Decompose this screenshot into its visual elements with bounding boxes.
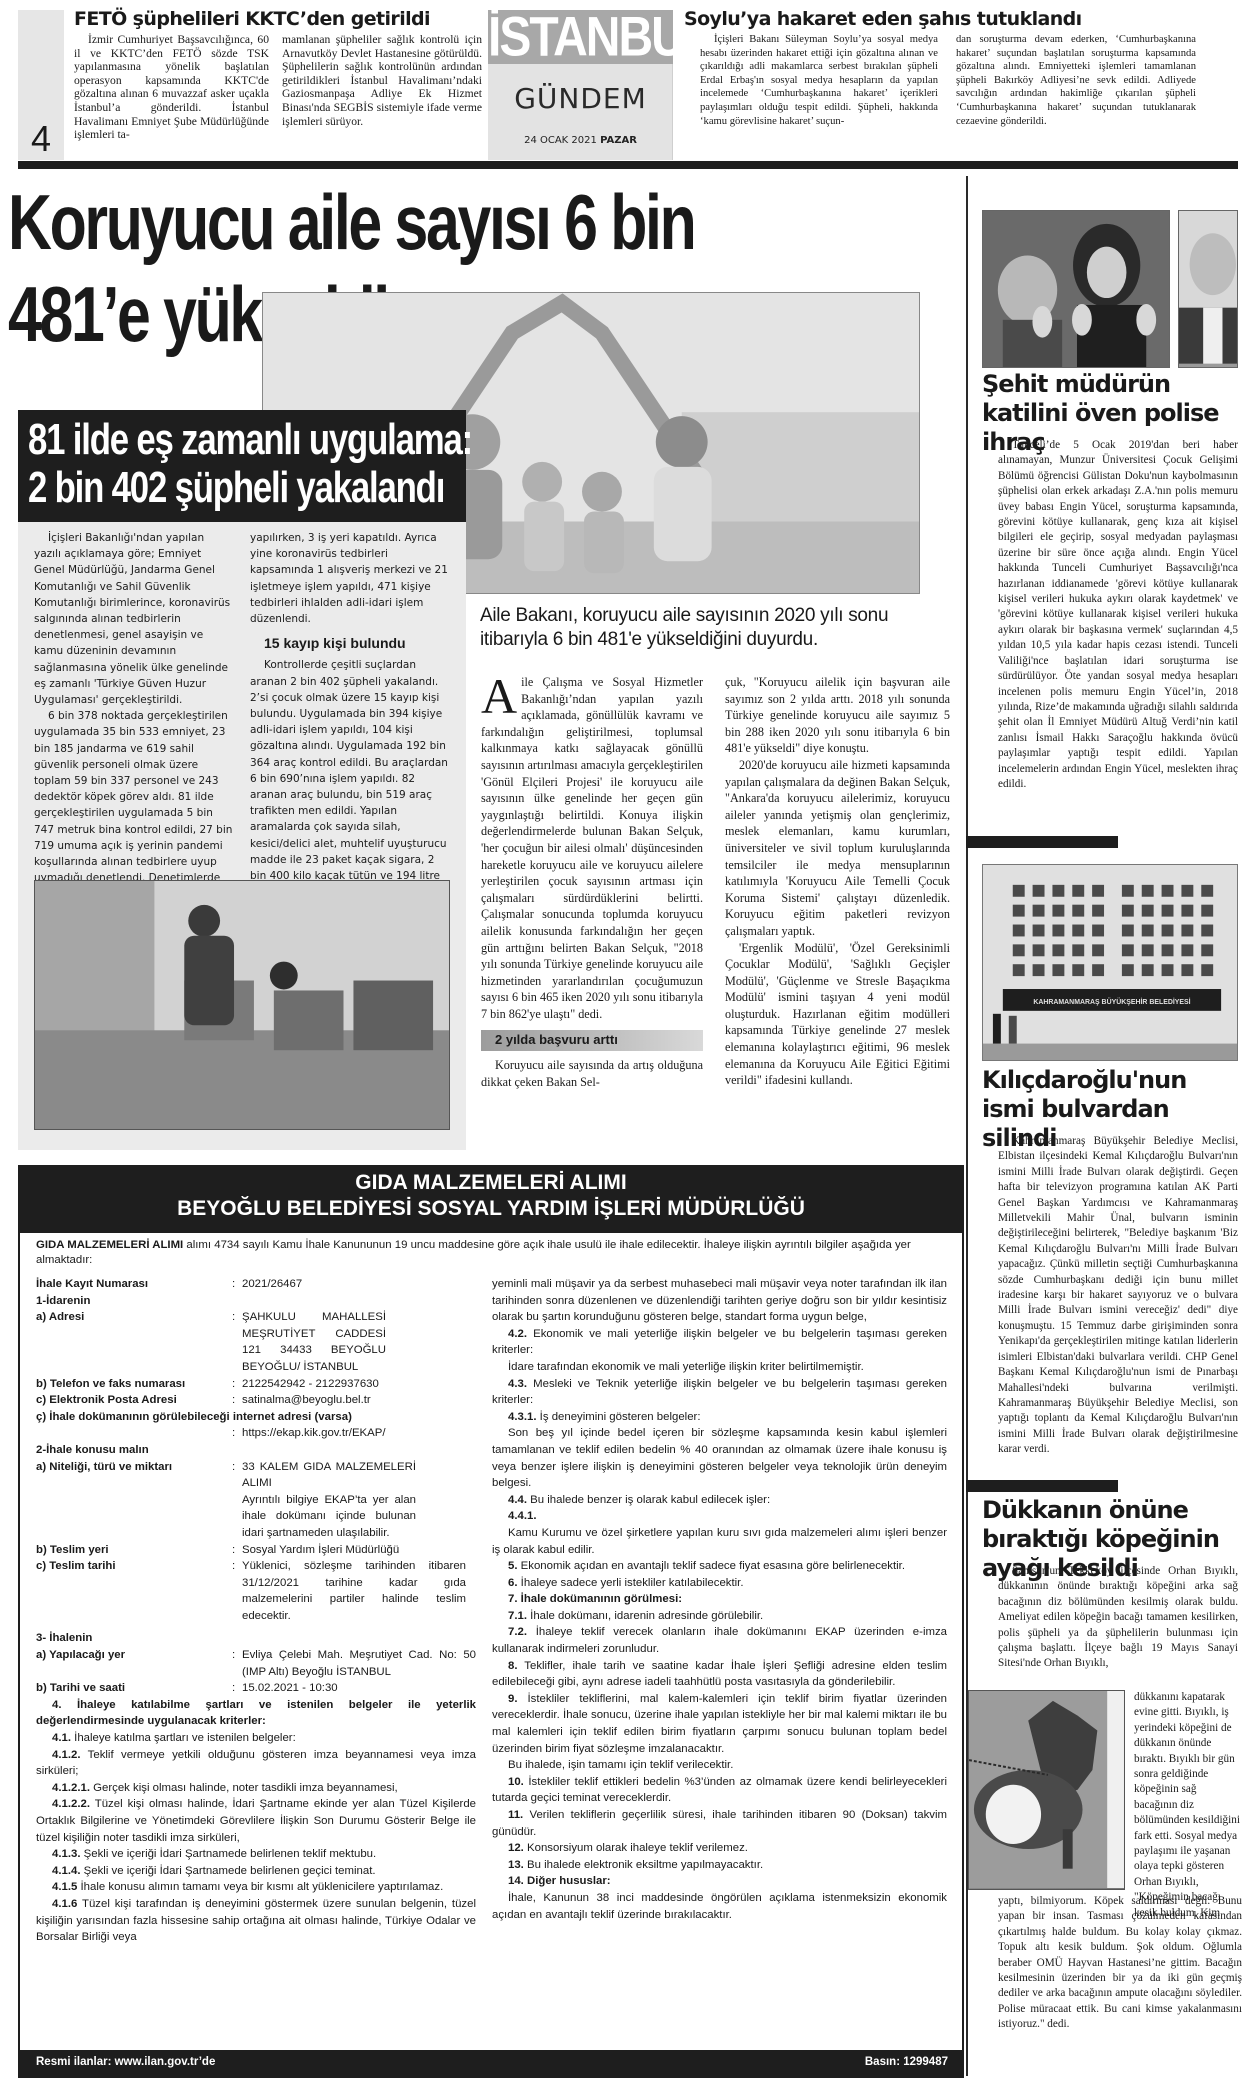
municipality-building-photo: KAHRAMANMARAŞ BÜYÜKŞEHİR BELEDİYESİ: [982, 864, 1238, 1061]
section-heading: 2-İhale konusu malın: [36, 1442, 476, 1459]
tender-clause: 7.1. İhale dokümanı, idarenin adresinde …: [492, 1608, 947, 1625]
clause-number: 4.2.: [508, 1328, 527, 1340]
field-label: c) Teslim tarihi: [36, 1558, 232, 1624]
clause-text: Teklif vermeye yetkili olduğunu gösteren…: [36, 1749, 476, 1778]
section-divider: [966, 1480, 1118, 1492]
clause-text: Verilen tekliflerin geçerlilik süresi, i…: [492, 1809, 947, 1838]
headline-line-1: 81 ilde eş zamanlı uygulama:: [28, 416, 470, 464]
clause-text: Bu ihalede elektronik eksiltme yapılmaya…: [524, 1859, 763, 1871]
tender-clause: 4.1.3. Şekli ve içeriği İdari Şartnamede…: [36, 1846, 476, 1863]
field-venue: a) Yapılacağı yer:Evliya Çelebi Mah. Meş…: [36, 1647, 476, 1680]
clause-text: Ekonomik açıdan en avantajlı teklif sade…: [518, 1560, 906, 1572]
paragraph-text: ile Çalışma ve Sosyal Hizmetler Bakanlığ…: [481, 675, 703, 1021]
date-text: 24 OCAK 2021: [524, 135, 597, 146]
clause-text: Mesleki ve Teknik yeterliğe ilişkin belg…: [492, 1378, 947, 1407]
clause-text: Ekonomik ve mali yeterliğe ilişkin belge…: [492, 1328, 947, 1357]
tender-clause: 4.3.1. İş deneyimini gösteren belgeler:: [492, 1409, 947, 1426]
brief-feto-column-2: mamlanan şüpheliler sağlık kontrolü için…: [282, 33, 482, 128]
clause-text: Bu ihalede benzer iş olarak kabul edilec…: [527, 1494, 770, 1506]
tender-right-column: yeminli mali müşavir ya da serbest muhas…: [492, 1276, 947, 1923]
paragraph: İçişleri Bakanlığı'ndan yapılan yazılı a…: [34, 530, 234, 708]
mourning-family-photo: [982, 210, 1170, 368]
clause-number: 9.: [508, 1693, 518, 1705]
sub-story-headline: 81 ilde eş zamanlı uygulama: 2 bin 402 ş…: [28, 416, 470, 512]
clause-number: 11.: [508, 1809, 523, 1821]
clause-text: İhaleye teklif verecek olanların ihale d…: [492, 1626, 947, 1655]
field-label: b) Teslim yeri: [36, 1542, 232, 1559]
brief-soylu-headline: Soylu’ya hakaret eden şahıs tutuklandı: [684, 8, 1082, 30]
photo-illustration-icon: [983, 211, 1169, 367]
paragraph: Kontrollerde çeşitli suçlardan aranan 2 …: [250, 657, 450, 900]
clause-number: 4.1.5: [52, 1881, 77, 1893]
tender-left-column: İhale Kayıt Numarası:2021/26467 1-İdaren…: [36, 1276, 476, 1946]
section-name: GÜNDEM: [488, 82, 673, 115]
brief-feto-headline: FETÖ şüphelileri KKTC’den getirildi: [74, 8, 430, 30]
tender-intro: GIDA MALZEMELERİ ALIMI alımı 4734 sayılı…: [36, 1238, 946, 1267]
masthead-title: İSTANBUL: [488, 6, 673, 69]
tender-clause: 4.2. Ekonomik ve mali yeterliğe ilişkin …: [492, 1326, 947, 1359]
tender-clause: 4.1.6 Tüzel kişi tarafından iş deneyimin…: [36, 1896, 476, 1946]
tender-clauses-right: yeminli mali müşavir ya da serbest muhas…: [492, 1276, 947, 1923]
tender-clause: 4.1. İhaleye katılma şartları ve istenil…: [36, 1730, 476, 1747]
page-number: 4: [18, 118, 64, 160]
official-ads-link[interactable]: Resmi ilanlar: www.ilan.gov.tr’de: [36, 2056, 215, 2068]
field-address: a) Adresi:ŞAHKULU MAHALLESİ MEŞRUTİYET C…: [36, 1309, 476, 1375]
tender-clause: 10. İstekliler teklif ettikleri bedelin …: [492, 1774, 947, 1807]
clause-text: Tüzel kişi tarafından iş deneyimini göst…: [36, 1898, 476, 1943]
injured-dog-photo: [968, 1690, 1125, 1890]
clause-text: İhale, Kanunun 38 inci maddesinde öngörü…: [492, 1892, 947, 1921]
tender-clause: 4.1.4. Şekli ve içeriği İdari Şartnamede…: [36, 1863, 476, 1880]
field-value: 33 KALEM GIDA MALZEMELERİ ALIMIAyrıntılı…: [242, 1459, 476, 1542]
clause-number: 13.: [508, 1859, 524, 1871]
tender-clause: Son beş yıl içinde bedel içeren bir sözl…: [492, 1425, 947, 1491]
field-value: 2122542942 - 2122937630: [242, 1376, 476, 1393]
clause-number: 7. İhale dokümanının görülmesi:: [508, 1593, 682, 1605]
tender-clause: 5. Ekonomik açıdan en avantajlı teklif s…: [492, 1558, 947, 1575]
tender-issuer: BEYOĞLU BELEDİYESİ SOSYAL YARDIM İŞLERİ …: [18, 1196, 964, 1222]
tender-clauses-left: 4. İhaleye katılabilme şartları ve isten…: [36, 1697, 476, 1946]
intro-bold: GIDA MALZEMELERİ ALIMI: [36, 1239, 183, 1251]
brief-soylu-column-2: dan soruşturma devam ederken, ‘Cumhurbaş…: [956, 33, 1196, 128]
paragraph: mamlanan şüpheliler sağlık kontrolü için…: [282, 33, 482, 128]
value-text: 33 KALEM GIDA MALZEMELERİ ALIMI: [242, 1461, 416, 1490]
paragraph: Koruyucu aile sayısında da artış olduğun…: [481, 1057, 703, 1090]
clause-text: Konsorsiyum olarak ihaleye teklif verile…: [524, 1842, 748, 1854]
clause-number: 4.3.: [508, 1378, 527, 1390]
field-delivery-place: b) Teslim yeri:Sosyal Yardım İşleri Müdü…: [36, 1542, 476, 1559]
main-story-lede: Aile Bakanı, koruyucu aile sayısının 202…: [480, 604, 960, 652]
clause-number: 12.: [508, 1842, 524, 1854]
day-text: PAZAR: [600, 135, 637, 146]
field-label: ç) İhale dokümanının görülebileceği inte…: [36, 1409, 476, 1426]
sub-story-column-1: İçişleri Bakanlığı'ndan yapılan yazılı a…: [34, 530, 234, 903]
drop-cap: A: [481, 676, 517, 716]
clause-text: İstekliler teklif ettikleri bedelin %3’ü…: [492, 1776, 947, 1805]
clause-text: Şekli ve içeriği İdari Şartnamede belirl…: [81, 1848, 377, 1860]
website-link[interactable]: https://ekap.kik.gov.tr/EKAP/: [242, 1425, 476, 1442]
field-phone-fax: b) Telefon ve faks numarası:2122542942 -…: [36, 1376, 476, 1393]
building-sign-text: KAHRAMANMARAŞ BÜYÜKŞEHİR BELEDİYESİ: [1033, 997, 1190, 1006]
paragraph: 6 bin 378 noktada gerçekleştirilen uygul…: [34, 708, 234, 902]
police-chief-portrait: [1178, 210, 1238, 368]
paragraph: 'Ergenlik Modülü', 'Özel Gereksinimli Ço…: [725, 940, 950, 1089]
clause-number: 4.1.4.: [52, 1865, 81, 1877]
field-label: b) Telefon ve faks numarası: [36, 1376, 232, 1393]
clause-text: Son beş yıl içinde bedel içeren bir sözl…: [492, 1427, 947, 1489]
field-email: c) Elektronik Posta Adresi:satinalma@bey…: [36, 1392, 476, 1409]
tender-clause: Bu ihalede, işin tamamı için teklif veri…: [492, 1757, 947, 1774]
paragraph: yaptı, bilmiyorum. Köpek saldırması deği…: [998, 1894, 1242, 2033]
tender-clause: 7.2. İhaleye teklif verecek olanların ih…: [492, 1624, 947, 1657]
tender-clause: 4.1.2.1. Gerçek kişi olması halinde, not…: [36, 1780, 476, 1797]
section-heading: 1-İdarenin: [36, 1293, 476, 1310]
field-label: a) Adresi: [36, 1309, 232, 1375]
field-label: a) Yapılacağı yer: [36, 1647, 232, 1680]
field-registration-number: İhale Kayıt Numarası:2021/26467: [36, 1276, 476, 1293]
paragraph: Kahramanmaraş Büyükşehir Belediye Meclis…: [998, 1134, 1238, 1458]
field-label: c) Elektronik Posta Adresi: [36, 1392, 232, 1409]
paragraph: dan soruşturma devam ederken, ‘Cumhurbaş…: [956, 33, 1196, 128]
section-heading: 3- İhalenin: [36, 1630, 476, 1647]
clause-number: 7.2.: [508, 1626, 527, 1638]
clause-number: 5.: [508, 1560, 518, 1572]
paragraph: Tunceli’de 5 Ocak 2019'dan beri haber al…: [998, 438, 1238, 792]
clause-text: Teklifler, ihale tarih ve saatine kadar …: [492, 1660, 947, 1689]
tender-clause: yeminli mali müşavir ya da serbest muhas…: [492, 1276, 947, 1326]
field-label: b) Tarihi ve saati: [36, 1680, 232, 1697]
paragraph: Samsun'un Tekkeköy ilçesinde Orhan Bıyık…: [998, 1564, 1238, 1672]
clause-text: Bu ihalede, işin tamamı için teklif veri…: [508, 1759, 733, 1771]
tender-clause: İdare tarafından ekonomik ve mali yeterl…: [492, 1359, 947, 1376]
brief-feto-column-1: İzmir Cumhuriyet Başsavcılığınca, 60 il …: [74, 33, 269, 142]
headline-line-1: Koruyucu aile sayısı 6 bin: [8, 176, 757, 268]
field-value: ŞAHKULU MAHALLESİ MEŞRUTİYET CADDESİ 121…: [242, 1309, 476, 1375]
photo-illustration-icon: KAHRAMANMARAŞ BÜYÜKŞEHİR BELEDİYESİ: [983, 865, 1237, 1060]
tender-clause: 4.4. Bu ihalede benzer iş olarak kabul e…: [492, 1492, 947, 1509]
issue-date: 24 OCAK 2021 PAZAR: [488, 135, 673, 146]
clause-number: 4.1.2.2.: [52, 1798, 90, 1810]
clause-number: 4. İhaleye katılabilme şartları ve isten…: [36, 1699, 476, 1728]
photo-illustration-icon: [35, 881, 449, 1130]
tender-clause: 4.1.2. Teklif vermeye yetkili olduğunu g…: [36, 1747, 476, 1780]
tender-clause: 13. Bu ihalede elektronik eksiltme yapıl…: [492, 1857, 947, 1874]
main-story-column-2: çuk, "Koruyucu ailelik için başvuran ail…: [725, 674, 950, 1089]
field-value: 2021/26467: [242, 1276, 476, 1293]
tender-clause: 9. İstekliler tekliflerini, mal kalem-ka…: [492, 1691, 947, 1757]
story-body-dog-bottom: yaptı, bilmiyorum. Köpek saldırması deği…: [998, 1894, 1242, 2033]
story-body-police: Tunceli’de 5 Ocak 2019'dan beri haber al…: [998, 438, 1238, 792]
clause-text: Tüzel kişi olması halinde, İdari Şartnam…: [36, 1798, 476, 1843]
clause-text: İş deneyimini gösteren belgeler:: [537, 1411, 701, 1423]
tender-clause: 11. Verilen tekliflerin geçerlilik süres…: [492, 1807, 947, 1840]
headline-line-2: 2 bin 402 şüpheli yakalandı: [28, 464, 470, 512]
clause-text: İstekliler tekliflerini, mal kalem-kalem…: [492, 1693, 947, 1755]
field-value: Yüklenici, sözleşme tarihinden itibaren …: [242, 1558, 476, 1624]
tender-clause: 4.3. Mesleki ve Teknik yeterliğe ilişkin…: [492, 1376, 947, 1409]
paragraph: çuk, "Koruyucu ailelik için başvuran ail…: [725, 674, 950, 757]
section-divider: [966, 836, 1118, 848]
brief-soylu-column-1: İçişleri Bakanı Süleyman Soylu’ya sosyal…: [700, 33, 938, 128]
paragraph: yapılırken, 3 iş yeri kapatıldı. Ayrıca …: [250, 530, 450, 627]
clause-number: 4.4.1.: [508, 1510, 537, 1522]
photo-illustration-icon: [1179, 211, 1237, 364]
clause-text: İhale dokümanı, idarenin adresinde görül…: [527, 1610, 763, 1622]
field-value: Evliya Çelebi Mah. Meşrutiyet Cad. No: 5…: [242, 1647, 476, 1680]
story-body-dog-side: dükkanını kapatarak evine gitti. Bıyıklı…: [1134, 1690, 1242, 1921]
paragraph: İzmir Cumhuriyet Başsavcılığınca, 60 il …: [74, 33, 269, 142]
clause-text: İhaleye katılma şartları ve istenilen be…: [71, 1732, 296, 1744]
tender-clause: 4.1.2.2. Tüzel kişi olması halinde, İdar…: [36, 1796, 476, 1846]
value-note: Ayrıntılı bilgiye EKAP’ta yer alan ihale…: [242, 1494, 416, 1539]
ferry-inspection-photo: [34, 880, 450, 1130]
clause-number: 4.1.: [52, 1732, 71, 1744]
field-nature: a) Niteliği, türü ve miktarı:33 KALEM GI…: [36, 1459, 476, 1542]
clause-number: 8.: [508, 1660, 518, 1672]
clause-text: Şekli ve içeriği İdari Şartnamede belirl…: [81, 1865, 376, 1877]
sub-story-column-2: yapılırken, 3 iş yeri kapatıldı. Ayrıca …: [250, 530, 450, 900]
sub-story-subhead: 15 kayıp kişi bulundu: [264, 635, 450, 651]
paragraph: İçişleri Bakanı Süleyman Soylu’ya sosyal…: [700, 33, 938, 128]
paragraph: dükkanını kapatarak evine gitti. Bıyıklı…: [1134, 1690, 1242, 1921]
clause-text: İhale konusu alımın tamamı veya bir kısm…: [77, 1881, 443, 1893]
clause-text: Gerçek kişi olması halinde, noter tasdik…: [90, 1782, 398, 1794]
clause-number: 4.1.6: [52, 1898, 77, 1910]
tender-clause: 4. İhaleye katılabilme şartları ve isten…: [36, 1697, 476, 1730]
clause-number: 4.4.: [508, 1494, 527, 1506]
press-number: Basın: 1299487: [780, 2056, 948, 2068]
clause-text: İhaleye sadece yerli istekliler katılabi…: [518, 1577, 744, 1589]
clause-text: İdare tarafından ekonomik ve mali yeterl…: [508, 1361, 864, 1373]
clause-number: 14. Diğer hususlar:: [508, 1875, 611, 1887]
tender-title: GIDA MALZEMELERİ ALIMI: [18, 1170, 964, 1196]
clause-number: 4.1.2.: [52, 1749, 81, 1761]
tender-clause: 7. İhale dokümanının görülmesi:: [492, 1591, 947, 1608]
tender-clause: Kamu Kurumu ve özel şirketlere yapılan k…: [492, 1525, 947, 1558]
field-website: :https://ekap.kik.gov.tr/EKAP/: [36, 1425, 476, 1442]
clause-text: Kamu Kurumu ve özel şirketlere yapılan k…: [492, 1527, 947, 1556]
field-delivery-date: c) Teslim tarihi:Yüklenici, sözleşme tar…: [36, 1558, 476, 1624]
clause-number: 4.1.3.: [52, 1848, 81, 1860]
paragraph: Aile Çalışma ve Sosyal Hizmetler Bakanlı…: [481, 674, 703, 1022]
story-body-boulevard: Kahramanmaraş Büyükşehir Belediye Meclis…: [998, 1134, 1238, 1458]
tender-clause: İhale, Kanunun 38 inci maddesinde öngörü…: [492, 1890, 947, 1923]
clause-text: yeminli mali müşavir ya da serbest muhas…: [492, 1278, 947, 1323]
clause-number: 7.1.: [508, 1610, 527, 1622]
tender-clause: 4.1.5 İhale konusu alımın tamamı veya bi…: [36, 1879, 476, 1896]
field-label: a) Niteliği, türü ve miktarı: [36, 1459, 232, 1542]
field-datetime: b) Tarihi ve saati:15.02.2021 - 10:30: [36, 1680, 476, 1697]
clause-number: 4.1.2.1.: [52, 1782, 90, 1794]
tender-clause: 14. Diğer hususlar:: [492, 1873, 947, 1890]
header-divider: [18, 161, 1238, 169]
field-label: İhale Kayıt Numarası: [36, 1276, 232, 1293]
story-body-dog-top: Samsun'un Tekkeköy ilçesinde Orhan Bıyık…: [998, 1564, 1238, 1672]
paragraph: 2020'de koruyucu aile hizmeti kapsamında…: [725, 757, 950, 940]
email-link[interactable]: satinalma@beyoglu.bel.tr: [242, 1392, 476, 1409]
field-value: Sosyal Yardım İşleri Müdürlüğü: [242, 1542, 476, 1559]
clause-number: 10.: [508, 1776, 524, 1788]
clause-number: 6.: [508, 1577, 518, 1589]
tender-clause: 8. Teklifler, ihale tarih ve saatine kad…: [492, 1658, 947, 1691]
photo-illustration-icon: [969, 1691, 1124, 1888]
tender-clause: 12. Konsorsiyum olarak ihaleye teklif ve…: [492, 1840, 947, 1857]
tender-clause: 6. İhaleye sadece yerli istekliler katıl…: [492, 1575, 947, 1592]
tender-clause: 4.4.1.: [492, 1508, 947, 1525]
main-story-subhead: 2 yılda başvuru arttı: [481, 1030, 703, 1051]
clause-number: 4.3.1.: [508, 1411, 537, 1423]
field-value: 15.02.2021 - 10:30: [242, 1680, 476, 1697]
main-story-column-1: Aile Çalışma ve Sosyal Hizmetler Bakanlı…: [481, 674, 703, 1090]
